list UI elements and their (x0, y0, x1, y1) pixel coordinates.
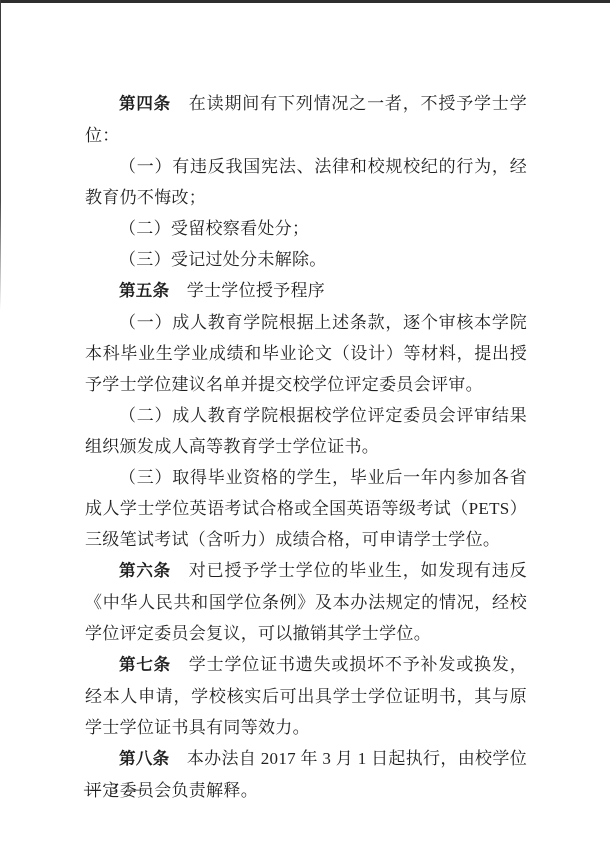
paragraph: （一）成人教育学院根据上述条款，逐个审核本学院本科毕业生学业成绩和毕业论文（设计… (85, 307, 527, 400)
document-body: 第四条 在读期间有下列情况之一者，不授予学士学位：（一）有违反我国宪法、法律和校… (85, 88, 527, 806)
article-number: 第七条 (119, 656, 171, 674)
article-number: 第五条 (119, 282, 169, 300)
document-page: 第四条 在读期间有下列情况之一者，不授予学士学位：（一）有违反我国宪法、法律和校… (0, 0, 610, 864)
scan-edge-left (0, 0, 1, 310)
article-number: 第六条 (119, 562, 171, 580)
paragraph: 第四条 在读期间有下列情况之一者，不授予学士学位： (85, 88, 527, 151)
paragraph: 第七条 学士学位证书遗失或损坏不予补发或换发，经本人申请，学校核实后可出具学士学… (85, 649, 527, 743)
article-number: 第八条 (119, 750, 170, 768)
article-number: 第四条 (119, 95, 171, 113)
paragraph: （二）成人教育学院根据校学位评定委员会评审结果组织颁发成人高等教育学士学位证书。 (85, 400, 527, 462)
scan-edge-top (0, 0, 610, 3)
paragraph: 第五条 学士学位授予程序 (85, 275, 527, 307)
paragraph: （三）受记过处分未解除。 (85, 244, 527, 275)
paragraph: 第六条 对已授予学士学位的毕业生，如发现有违反《中华人民共和国学位条例》及本办法… (85, 555, 527, 649)
page-number: — 3 — (84, 779, 147, 801)
paragraph: （一）有违反我国宪法、法律和校规校纪的行为，经教育仍不悔改； (85, 151, 527, 213)
paragraph: （三）取得毕业资格的学生，毕业后一年内参加各省成人学士学位英语考试合格或全国英语… (85, 462, 527, 555)
paragraph: （二）受留校察看处分； (85, 213, 527, 244)
paragraph: 第八条 本办法自 2017 年 3 月 1 日起执行，由校学位评定委员会负责解释… (85, 743, 527, 806)
